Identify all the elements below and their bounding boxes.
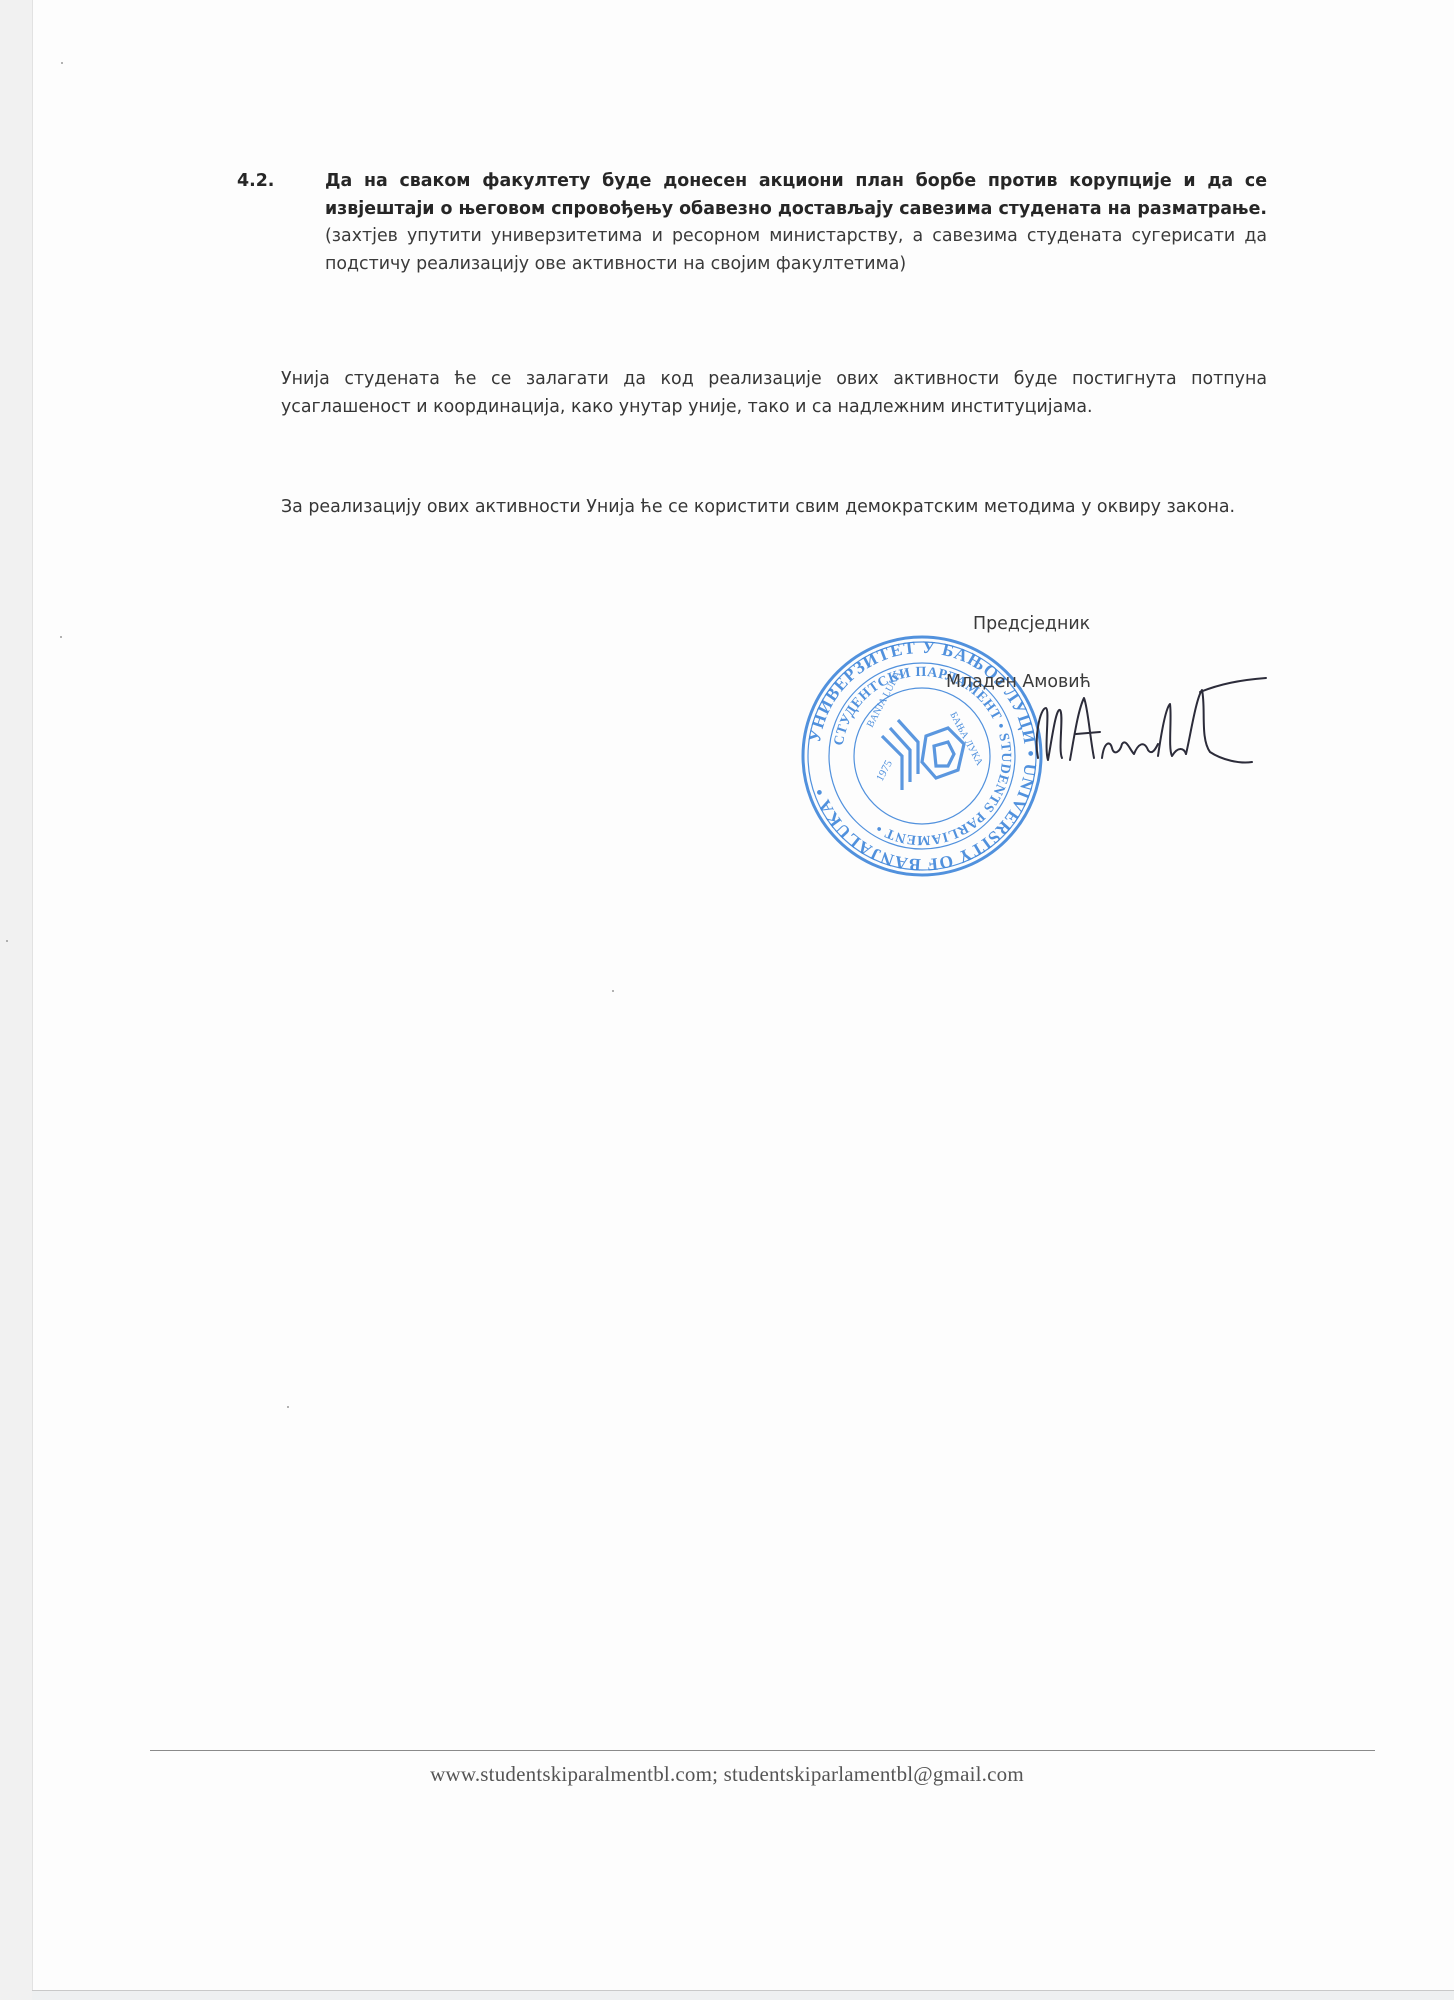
handwritten-signature-icon <box>1030 668 1270 780</box>
official-stamp-icon: УНИВЕРЗИТЕТ У БАЊОЈ ЛУЦИ • UNIVERSITY OF… <box>798 632 1046 880</box>
signoff-title: Предсједник <box>973 614 1090 634</box>
item-number: 4.2. <box>281 168 325 196</box>
list-item-4-2: 4.2.Да на сваком факултету буде донесен … <box>281 168 1267 278</box>
document-page: 4.2.Да на сваком факултету буде донесен … <box>0 0 1454 2000</box>
paragraph-democratic-methods: За реализацију ових активности Унија ће … <box>281 494 1267 522</box>
item-heading: 4.2.Да на сваком факултету буде донесен … <box>281 168 1267 223</box>
stamp-year: 1975 <box>874 758 895 784</box>
scan-speck <box>60 636 62 638</box>
paragraph-coordination: Унија студената ће се залагати да код ре… <box>281 366 1267 421</box>
scan-speck <box>287 1406 289 1408</box>
scan-speck <box>612 990 614 992</box>
item-note: (захтјев упутити универзитетима и ресорн… <box>325 223 1267 278</box>
scan-speck <box>61 62 63 64</box>
scan-bottom-edge <box>32 1990 1454 2000</box>
scan-speck <box>6 940 8 942</box>
footer-contact: www.studentskiparalmentbl.com; studentsk… <box>0 1762 1454 1787</box>
item-heading-text: Да на сваком факултету буде донесен акци… <box>325 171 1267 219</box>
footer-divider <box>150 1750 1375 1751</box>
